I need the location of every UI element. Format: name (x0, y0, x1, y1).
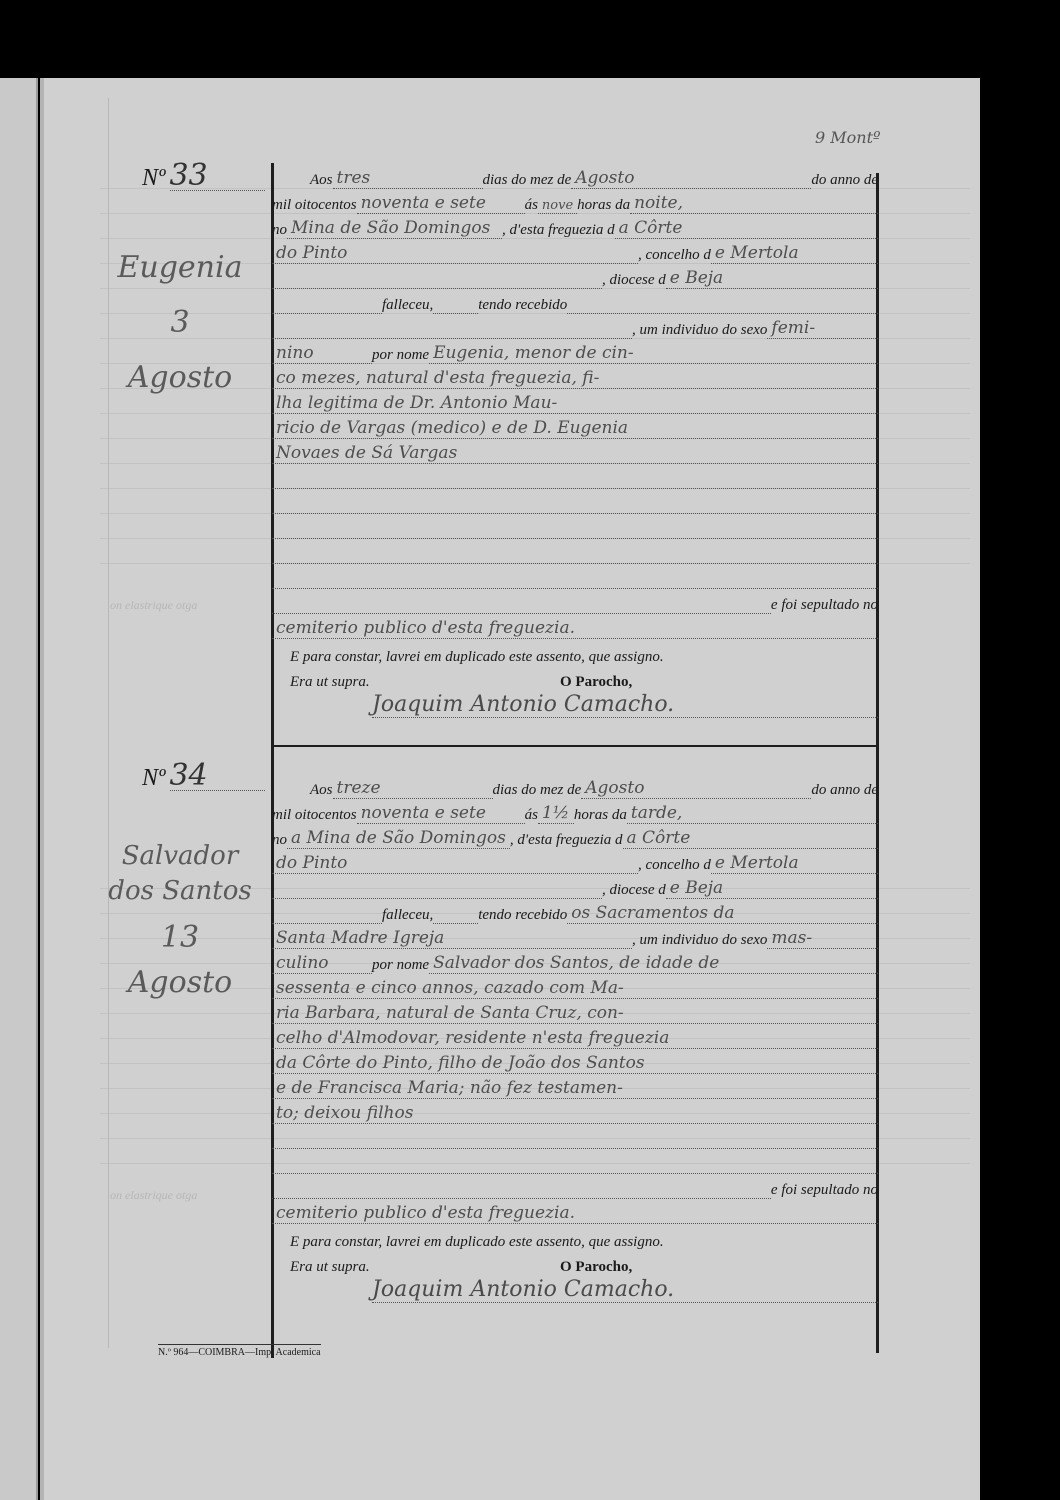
parish-priest-signature: Joaquim Antonio Camacho. (372, 1277, 674, 1302)
entry34-line-text-3: celho d'Almodovar, residente n'esta freg… (272, 1021, 878, 1049)
entry33-line-burial: e foi sepultado no (272, 586, 878, 614)
entry33-line-text-4: Novaes de Sá Vargas (272, 436, 878, 464)
entry34-line-concelho: do Pinto , concelho d e Mertola (272, 846, 878, 874)
margin-note-day: 13 (100, 923, 260, 953)
entry34-line-falleceu: falleceu, tendo recebido os Sacramentos … (272, 896, 878, 924)
entry34-line-text-6: to; deixou filhos (272, 1096, 878, 1124)
entry34-era: Era ut supra. O Parocho, (272, 1248, 878, 1276)
entry33-line-date: Aos tres dias do mez de Agosto do anno d… (272, 161, 878, 189)
entry34-line-burial: e foi sepultado no (272, 1171, 878, 1199)
corner-annotation: 9 Montº (815, 128, 881, 147)
entry34-line-year: mil oitocentos noventa e sete ás 1½ hora… (272, 796, 878, 824)
entry34-line-text-1: sessenta e cinco annos, cazado com Ma- (272, 971, 878, 999)
entry33-closing: E para constar, lavrei em duplicado este… (272, 638, 878, 666)
entry33-line-text-3: ricio de Vargas (medico) e de D. Eugenia (272, 411, 878, 439)
margin-note-month: Agosto (100, 968, 260, 998)
page-binding (40, 78, 44, 1500)
margin-note-surname: dos Santos (100, 878, 260, 904)
entry34-line-text-5: e de Francisca Maria; não fez testamen- (272, 1071, 878, 1099)
entry33-line-text-1: co mezes, natural d'esta freguezia, fi- (272, 361, 878, 389)
entry34-line-place: no a Mina de São Domingos , d'esta fregu… (272, 821, 878, 849)
margin-note-name: Eugenia (100, 253, 260, 283)
entry33-line-cemetery: cemiterio publico d'esta freguezia. (272, 611, 878, 639)
entry34-line-date: Aos treze dias do mez de Agosto do anno … (272, 771, 878, 799)
entry34-line-text-4: da Côrte do Pinto, filho de João dos San… (272, 1046, 878, 1074)
margin-note-month: Agosto (100, 363, 260, 393)
entry34-closing: E para constar, lavrei em duplicado este… (272, 1223, 878, 1251)
entry33-line-sexo: , um individuo do sexo femi- (272, 311, 878, 339)
entry33-line-diocese: , diocese d e Beja (272, 261, 878, 289)
register-page: on elastrique otga on elastrique otga Nº… (40, 78, 980, 1500)
entry34-line-sexo: Santa Madre Igreja , um individuo do sex… (272, 921, 878, 949)
entry-number-34: Nº34 (142, 758, 208, 793)
entry-divider (273, 745, 878, 747)
entry33-line-place: no Mina de São Domingos , d'esta freguez… (272, 211, 878, 239)
entry33-signature: Joaquim Antonio Camacho. (272, 690, 878, 718)
entry33-line-year: mil oitocentos noventa e sete ás nove ho… (272, 186, 878, 214)
margin-guide-line (108, 98, 109, 1348)
entry33-line-falleceu: falleceu, tendo recebido (272, 286, 878, 314)
entry33-line-concelho: do Pinto , concelho d e Mertola (272, 236, 878, 264)
margin-note-day: 3 (100, 308, 260, 338)
parish-priest-signature: Joaquim Antonio Camacho. (372, 692, 674, 717)
entry34-line-nome: culino por nome Salvador dos Santos, de … (272, 946, 878, 974)
entry33-era: Era ut supra. O Parocho, (272, 663, 878, 691)
entry34-signature: Joaquim Antonio Camacho. (272, 1275, 878, 1303)
entry-number-33: Nº33 (142, 158, 208, 193)
printer-imprint: N.º 964—COIMBRA—Imp. Academica (158, 1344, 321, 1358)
margin-note-name: Salvador (100, 843, 260, 869)
entry33-line-nome: nino por nome Eugenia, menor de cin- (272, 336, 878, 364)
entry34-line-diocese: , diocese d e Beja (272, 871, 878, 899)
entry34-line-cemetery: cemiterio publico d'esta freguezia. (272, 1196, 878, 1224)
facing-page-edge (0, 78, 38, 1500)
entry33-line-text-2: lha legitima de Dr. Antonio Mau- (272, 386, 878, 414)
entry34-line-text-2: ria Barbara, natural de Santa Cruz, con- (272, 996, 878, 1024)
